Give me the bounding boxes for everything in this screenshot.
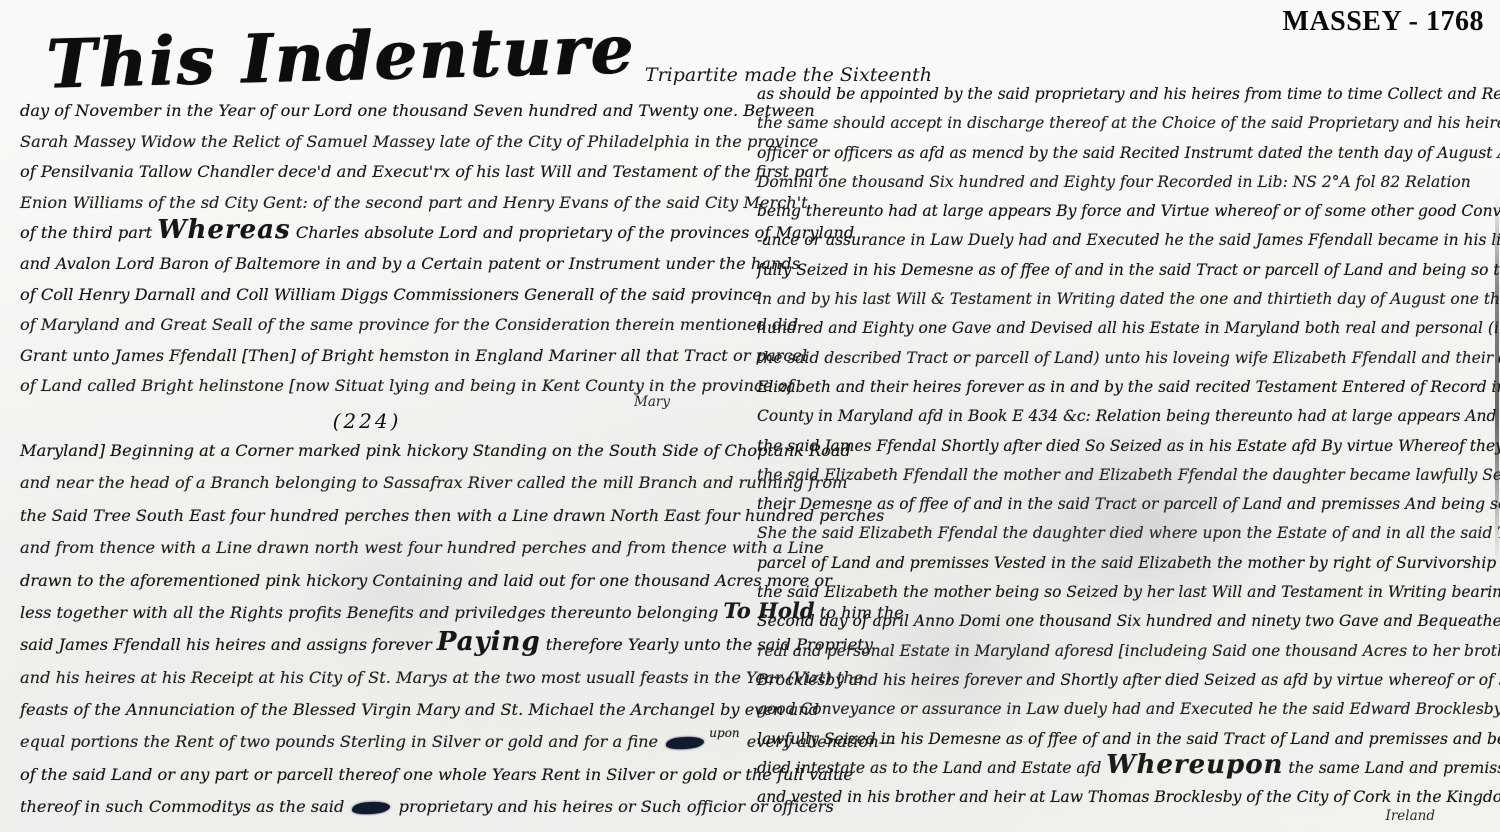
manuscript-line: -ance or assurance in Law Duely had and … (757, 226, 1497, 255)
manuscript-line: being thereunto had at large appears By … (757, 197, 1497, 226)
manuscript-line: and near the head of a Branch belonging … (20, 467, 750, 499)
manuscript-line: Enion Williams of the sd City Gent: of t… (20, 188, 750, 219)
manuscript-line: County in Maryland afd in Book E 434 &c:… (757, 402, 1497, 431)
manuscript-line: drawn to the aforementioned pink hickory… (20, 565, 750, 597)
manuscript-line: equal portions the Rent of two pounds St… (20, 726, 750, 758)
paragraph-one: day of November in the Year of our Lord … (20, 96, 750, 402)
manuscript-line: in and by his last Will & Testament in W… (757, 285, 1497, 314)
manuscript-line: the said Elizabeth the mother being so S… (757, 578, 1497, 607)
manuscript-line: Grant unto James Ffendall [Then] of Brig… (20, 341, 750, 372)
line-text-segment: died intestate as to the Land and Estate… (757, 759, 1106, 777)
emphasized-word-whereas: Whereas (157, 215, 290, 245)
line-text-segment: said James Ffendall his heires and assig… (20, 635, 437, 654)
manuscript-line: day of November in the Year of our Lord … (20, 96, 750, 127)
manuscript-line: their Demesne as of ffee of and in the s… (757, 490, 1497, 519)
manuscript-line: of the third part Whereas Charles absolu… (20, 218, 750, 249)
ink-blot (352, 801, 391, 815)
manuscript-line: and from thence with a Line drawn north … (20, 532, 750, 564)
manuscript-line: Sarah Massey Widow the Relict of Samuel … (20, 127, 750, 158)
manuscript-line: the said Elizabeth Ffendall the mother a… (757, 461, 1497, 490)
right-column: as should be appointed by the said propr… (757, 80, 1497, 823)
heading-calligraphy: This Indenture (45, 9, 636, 103)
manuscript-line: less together with all the Rights profit… (20, 597, 750, 629)
manuscript-line: and his heires at his Receipt at his Cit… (20, 662, 750, 694)
manuscript-line: good Conveyance or assurance in Law duel… (757, 695, 1497, 724)
manuscript-line: officer or officers as afd as mencd by t… (757, 139, 1497, 168)
paragraph-two: Maryland] Beginning at a Corner marked p… (20, 435, 750, 824)
manuscript-line: the said described Tract or parcell of L… (757, 344, 1497, 373)
manuscript-line: said James Ffendall his heires and assig… (20, 629, 750, 661)
emphasized-word-whereupon: Whereupon (1106, 750, 1283, 780)
manuscript-line: real and personal Estate in Maryland afo… (757, 637, 1497, 666)
line-text-segment: thereof in such Commoditys as the said (20, 797, 349, 816)
manuscript-line: the same should accept in discharge ther… (757, 109, 1497, 138)
left-column: day of November in the Year of our Lord … (20, 96, 750, 824)
manuscript-line: Elizabeth and their heires forever as in… (757, 373, 1497, 402)
manuscript-line: of Pensilvania Tallow Chandler dece'd an… (20, 157, 750, 188)
manuscript-line: of Coll Henry Darnall and Coll William D… (20, 280, 750, 311)
manuscript-line: thereof in such Commoditys as the said p… (20, 791, 750, 823)
page-number-marker: (224) (2, 409, 732, 435)
manuscript-line: feasts of the Annunciation of the Blesse… (20, 694, 750, 726)
manuscript-line: She the said Elizabeth Ffendal the daugh… (757, 519, 1497, 548)
document-page: MASSEY - 1768 This Indenture Tripartite … (0, 0, 1500, 832)
line-text-segment: of the third part (20, 223, 157, 242)
emphasized-word-paying: Paying (437, 627, 541, 657)
line-text-segment: the same Land and premisses descended un… (1283, 759, 1500, 777)
inserted-word-upon: upon (709, 726, 739, 740)
line-text-segment: equal portions the Rent of two pounds St… (20, 732, 663, 751)
manuscript-line: parcel of Land and premisses Vested in t… (757, 549, 1497, 578)
ink-blot (666, 736, 705, 750)
manuscript-line: hundred and Eighty one Gave and Devised … (757, 314, 1497, 343)
manuscript-line: as should be appointed by the said propr… (757, 80, 1497, 109)
manuscript-line: Second day of april Anno Domi one thousa… (757, 607, 1497, 636)
manuscript-line: the said James Ffendal Shortly after die… (757, 432, 1497, 461)
manuscript-line: of Maryland and Great Seall of the same … (20, 310, 750, 341)
line-text-segment: less together with all the Rights profit… (20, 603, 724, 622)
manuscript-line: Domini one thousand Six hundred and Eigh… (757, 168, 1497, 197)
manuscript-line: Brocklesby and his heires forever and Sh… (757, 666, 1497, 695)
manuscript-line: fully Seized in his Demesne as of ffee o… (757, 256, 1497, 285)
manuscript-line: Maryland] Beginning at a Corner marked p… (20, 435, 750, 467)
manuscript-line: died intestate as to the Land and Estate… (757, 754, 1497, 783)
manuscript-line: the Said Tree South East four hundred pe… (20, 500, 750, 532)
manuscript-line: of the said Land or any part or parcell … (20, 759, 750, 791)
scan-edge-artifact (1495, 195, 1499, 565)
archive-label: MASSEY - 1768 (1283, 6, 1484, 38)
manuscript-line: and Avalon Lord Baron of Baltemore in an… (20, 249, 750, 280)
